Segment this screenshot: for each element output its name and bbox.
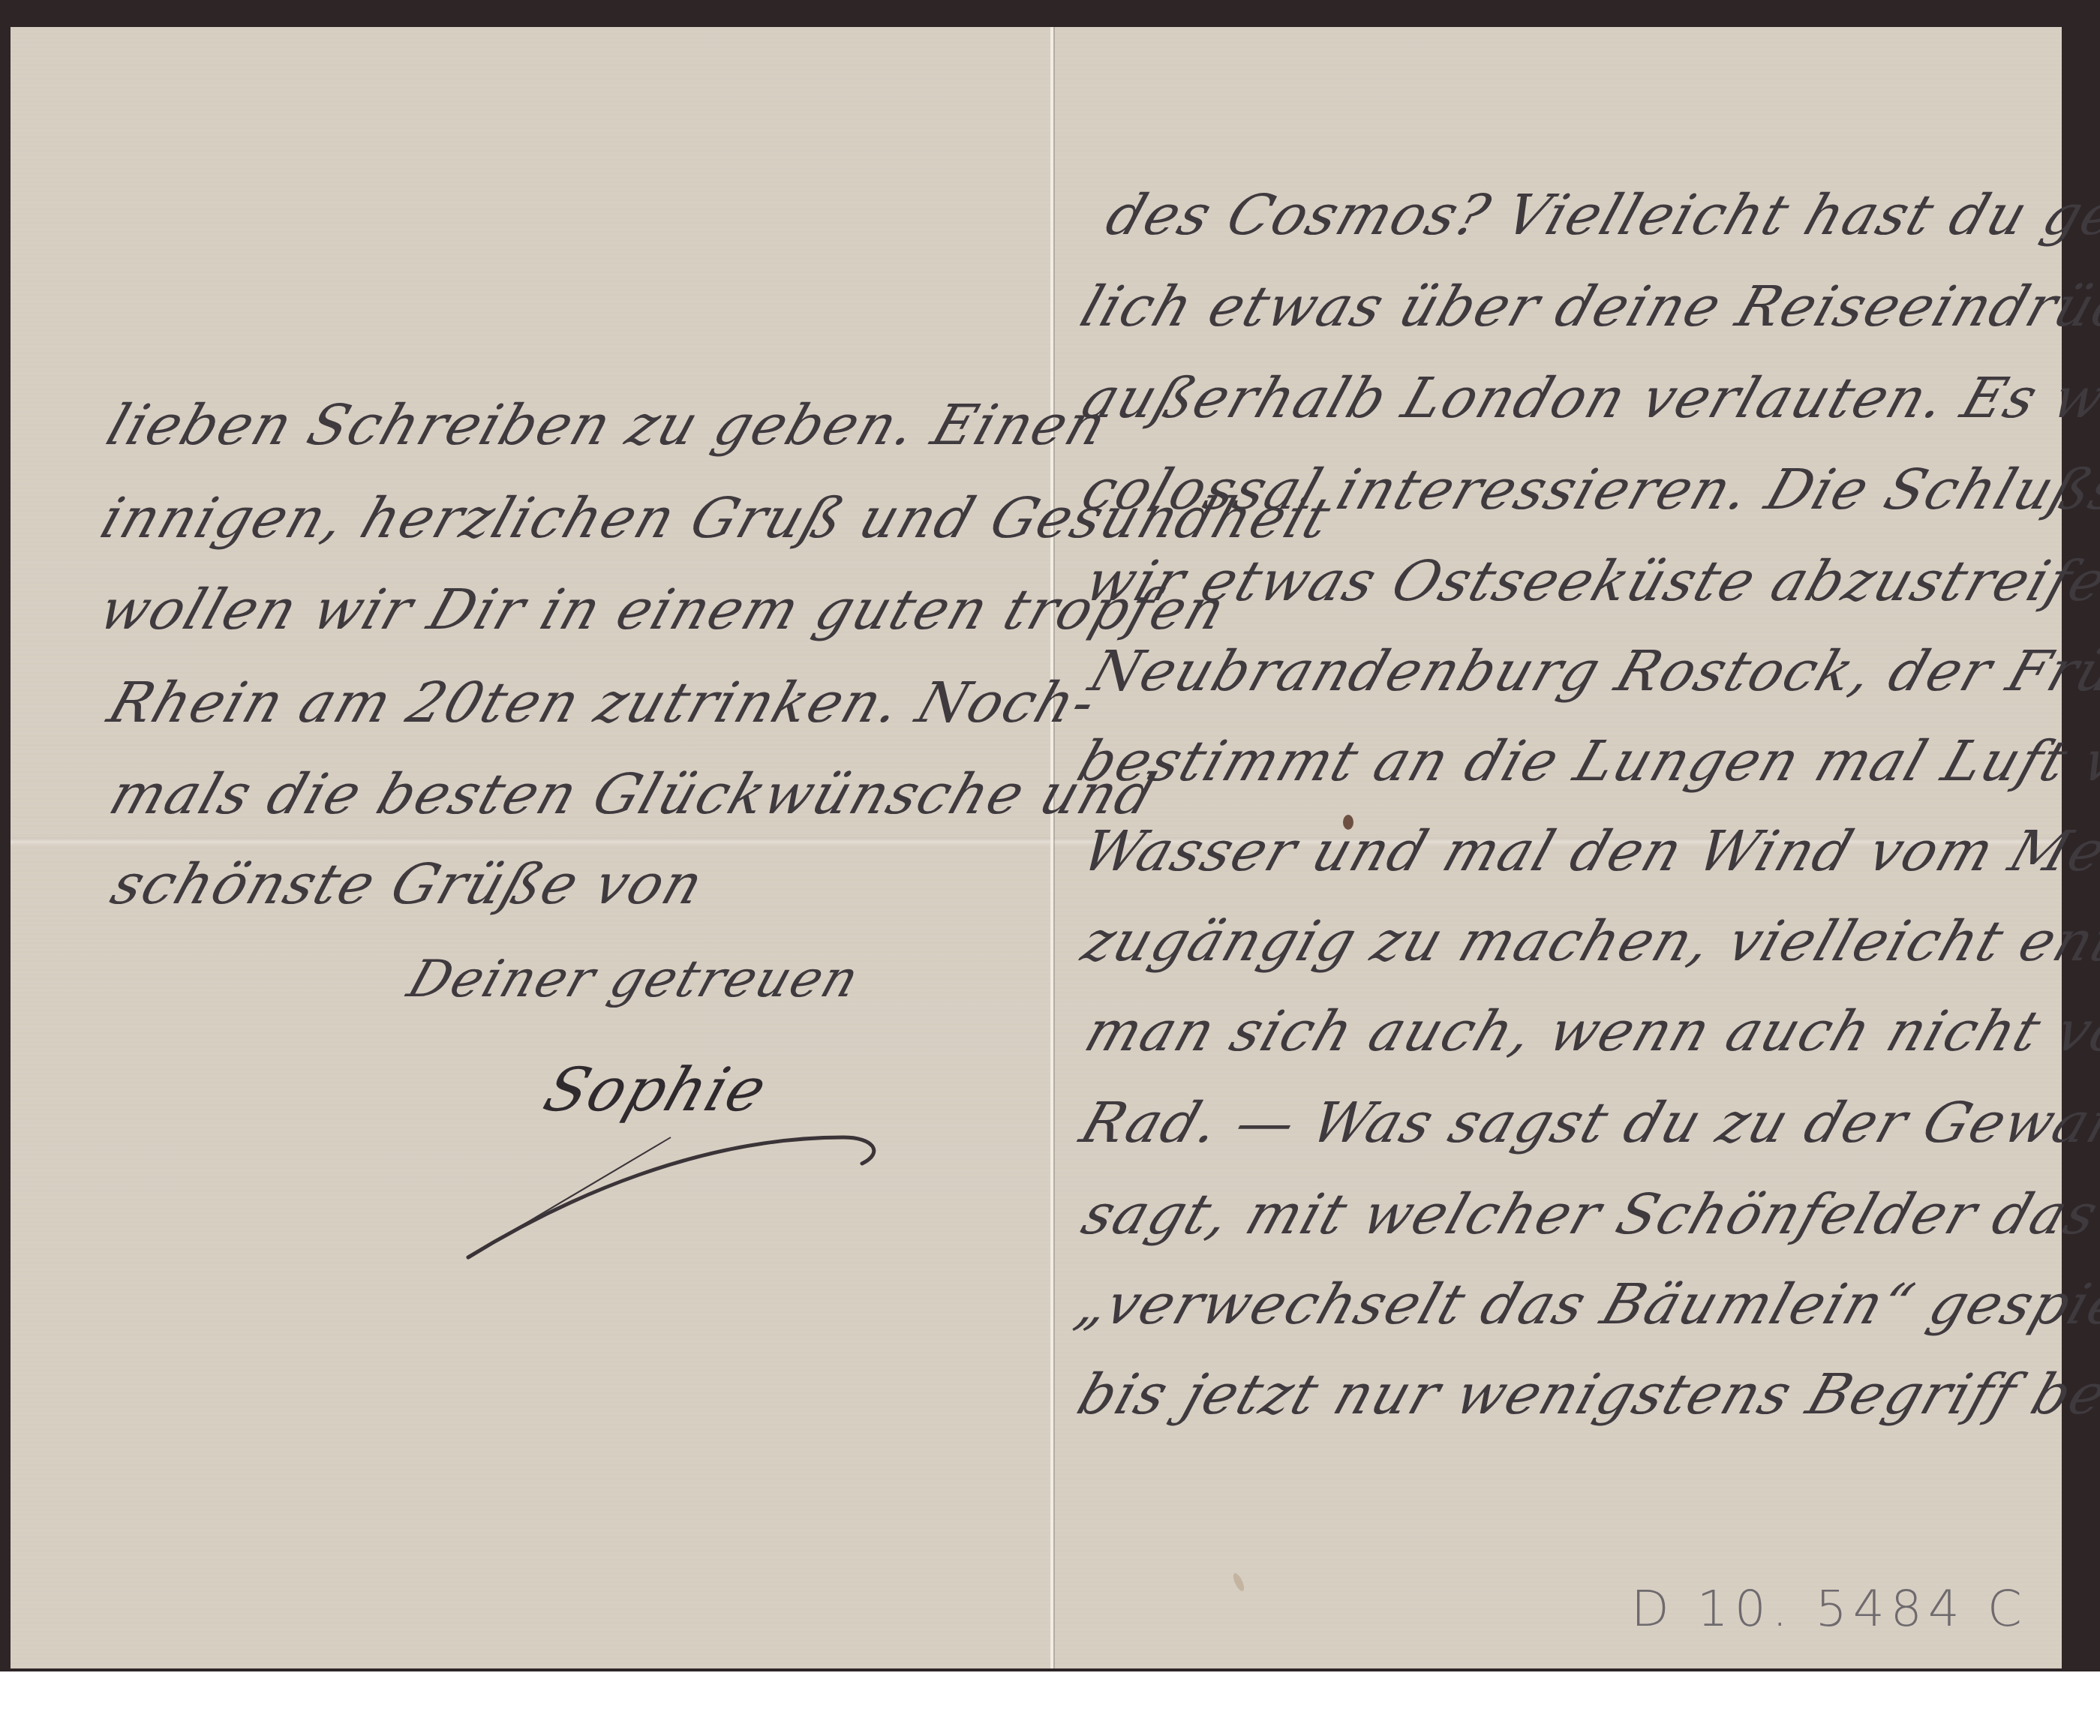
- right-line-11: Rad. — Was sagst du zu der Gewandtheit g…: [1073, 1091, 2100, 1155]
- right-line-6: Neubrandenburg Rostock, der Frühling fän…: [1082, 639, 2100, 704]
- right-line-13: „verwechselt das Bäumlein“ gespielt hat?…: [1068, 1272, 2100, 1337]
- right-line-9: zugängig zu machen, vielleicht entschlie…: [1074, 909, 2100, 974]
- right-line-10: man sich auch, wenn auch nicht vorhanden…: [1077, 999, 2100, 1064]
- left-line-5: mals die besten Glückwünsche und: [102, 762, 1164, 827]
- right-line-3: außerhalb London verlauten. Es würde mic…: [1074, 366, 2100, 431]
- right-line-14: bis jetzt nur wenigstens Begriff beim Ka…: [1070, 1362, 2100, 1427]
- left-page: lieben Schreiben zu geben. Einen innigen…: [11, 27, 1052, 1668]
- right-line-1: des Cosmos? Vielleicht hast du gelegent-: [1098, 183, 2100, 248]
- paper-stain: [1231, 1572, 1246, 1593]
- letter-sheet: lieben Schreiben zu geben. Einen innigen…: [11, 27, 2062, 1668]
- left-line-6: schönste Grüße von: [104, 852, 712, 917]
- right-line-2: lich etwas über deine Reiseeindrücke in …: [1073, 275, 2100, 339]
- right-line-8: Wasser und mal den Wind vom Meere her: [1074, 819, 2100, 884]
- right-line-5: wir etwas Ostseeküste abzustreifen: Wism…: [1077, 549, 2100, 614]
- right-page: des Cosmos? Vielleicht hast du gelegent-…: [1055, 27, 2062, 1668]
- left-line-1: lieben Schreiben zu geben. Einen: [99, 393, 1115, 458]
- closing-salutation: Deiner getreuen: [401, 950, 867, 1009]
- right-line-4: colossal interessieren. Die Schlußsteine…: [1074, 458, 2100, 522]
- signature-flourish-icon: [453, 1107, 903, 1272]
- ink-stain: [1343, 815, 1353, 830]
- archive-signature-mark: D 10. 5484 C: [1631, 1580, 2028, 1638]
- right-line-12: sagt, mit welcher Schönfelder das schöne…: [1074, 1182, 2100, 1247]
- right-line-7: bestimmt an die Lungen mal Luft von fris…: [1070, 729, 2100, 794]
- left-line-4: Rhein am 20ten zutrinken. Noch-: [101, 671, 1104, 735]
